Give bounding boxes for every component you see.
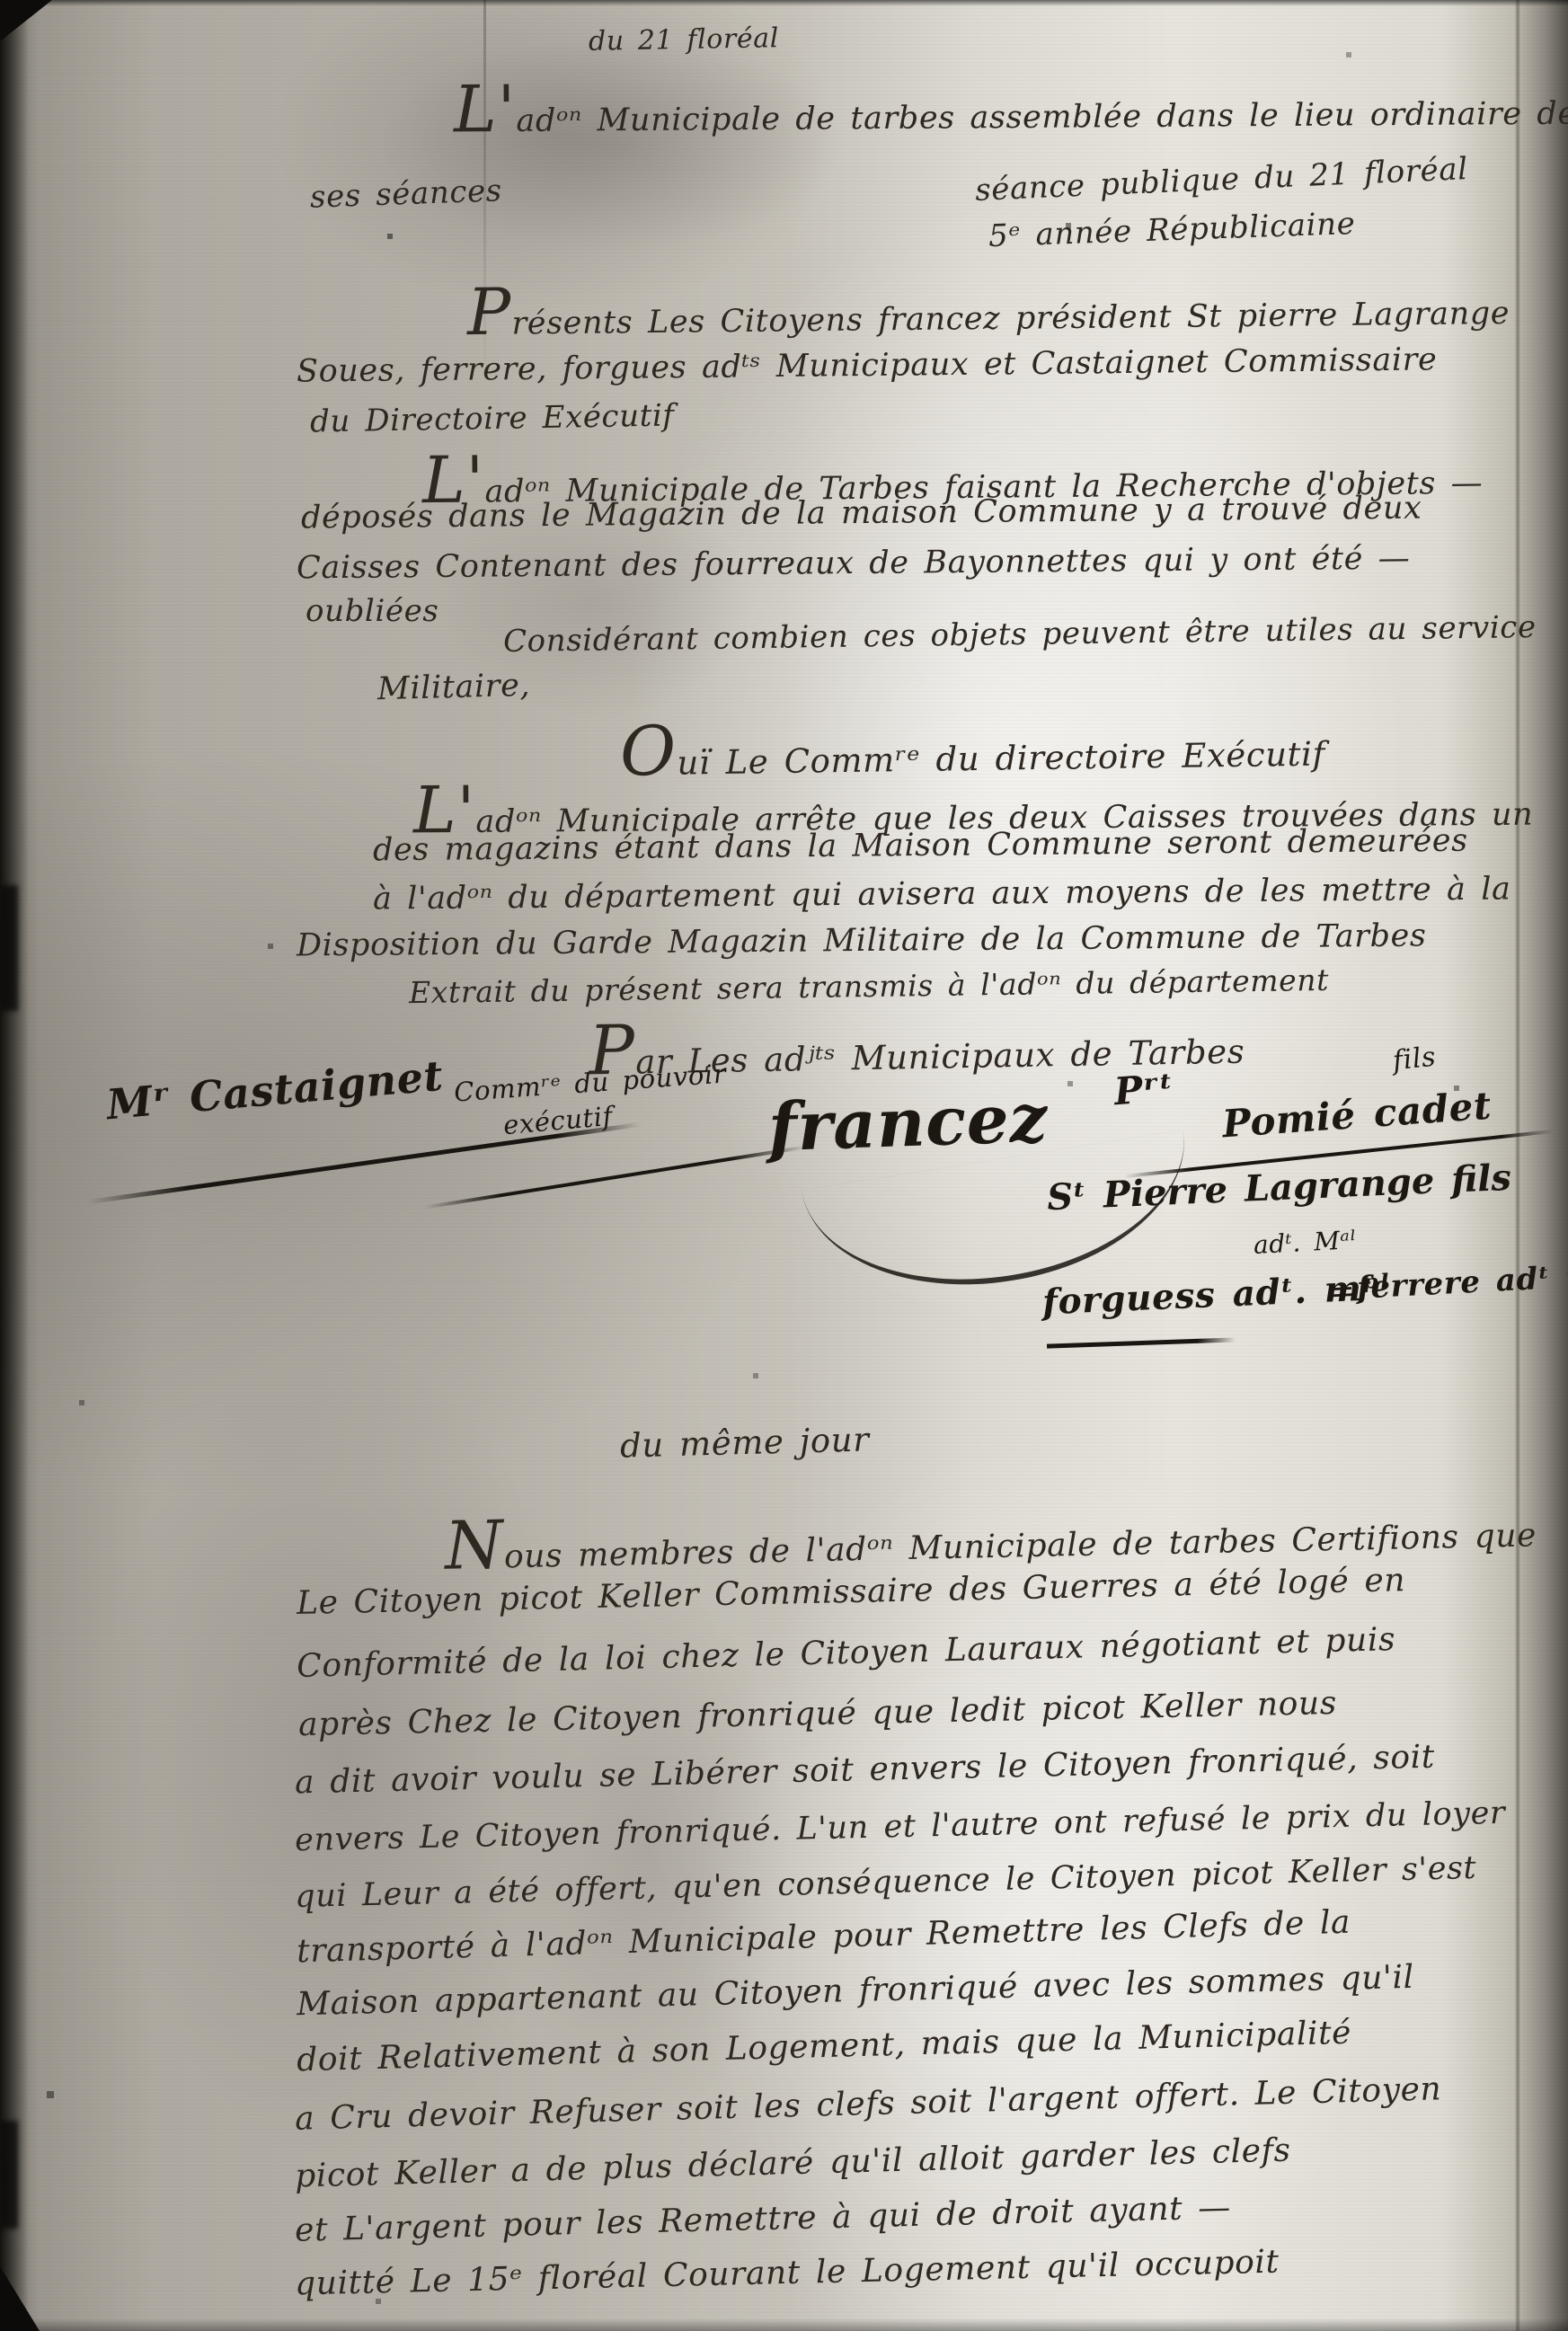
manuscript-line: Maison appartenant au Citoyen fronriqué … [297,1960,1414,2023]
manuscript-line: Caisses Contenant des fourreaux de Bayon… [297,542,1411,586]
manuscript-line: à l'adᵒⁿ du département qui avisera aux … [373,872,1511,917]
signature-pomie: Pomié cadet [1221,1086,1493,1146]
binding-shadow [0,885,18,1011]
manuscript-line: Considérant combien ces objets peuvent ê… [503,611,1537,659]
manuscript-line: transporté à l'adᵒⁿ Municipale pour Reme… [297,1905,1351,1970]
binding-shadow [0,2121,18,2229]
manuscript-line: ses séances [309,174,502,215]
page-edge-shadow-top [0,0,1568,6]
manuscript-line: du Directoire Exécutif [310,399,675,439]
page-date-heading: du 21 floréal [589,23,779,57]
page-edge-shadow-bottom [0,2318,1568,2331]
dark-corner-top-left [0,0,52,41]
page-edge-shadow-left [0,0,29,2331]
fold-crease-right [1515,0,1520,2331]
signature-ferrere: ferrere adᵗ mᵖˡ [1356,1258,1568,1306]
manuscript-line: Soues, ferrere, forgues adᵗˢ Municipaux … [297,342,1438,389]
signature-pomie-suffix: fils [1391,1042,1437,1077]
signature-francez: francez [767,1083,1050,1165]
manuscript-line: Disposition du Garde Magazin Militaire d… [297,919,1427,963]
signature-francez-title: Pʳᵗ [1112,1068,1174,1113]
manuscript-line: après Chez le Citoyen fronriqué que ledi… [298,1686,1337,1743]
manuscript-line: oubliées [306,595,439,628]
paper-specks [0,0,2,2]
manuscript-line: Conformité de la loi chez le Citoyen Lau… [297,1622,1396,1684]
signature-flourish [424,1145,806,1209]
session-note-line: 5ᵉ année Républicaine [988,208,1355,254]
same-day-heading: du même jour [620,1422,870,1465]
manuscript-line: des magazins étant dans la Maison Commun… [373,824,1468,868]
manuscript-line: et L'argent pour les Remettre à qui de d… [295,2190,1232,2248]
manuscript-line: a dit avoir voulu se Libérer soit envers… [295,1740,1436,1801]
manuscript-line: picot Keller a de plus déclaré qu'il all… [295,2132,1291,2194]
manuscript-line: doit Relativement à son Logement, mais q… [297,2016,1352,2078]
signature-castaignet-role: exécutif [502,1103,614,1140]
manuscript-line: quitté Le 15ᵉ floréal Courant le Logemen… [295,2245,1280,2302]
dark-corner-bottom-left [0,2266,40,2331]
manuscript-line: déposés dans le Magazin de la maison Com… [301,492,1422,536]
signature-lagrange: Sᵗ Pierre Lagrange fils [1046,1158,1512,1219]
signature-castaignet-role: Commʳᵉ du pouvoir [453,1059,727,1107]
manuscript-line: envers Le Citoyen fronriqué. L'un et l'a… [295,1796,1506,1858]
manuscript-line: a Cru devoir Refuser soit les clefs soit… [295,2071,1442,2137]
session-note-line: séance publique du 21 floréal [974,153,1468,208]
manuscript-page: du 21 floréal L'adᵒⁿ Municipale de tarbe… [0,0,1568,2331]
manuscript-line: L'adᵒⁿ Municipale de tarbes assemblée da… [454,66,1568,146]
signature-castaignet: Mʳ Castaignet [105,1053,446,1128]
signature-flourish [1047,1337,1236,1348]
manuscript-line: Militaire, [377,669,531,707]
signature-separator: = [1327,1273,1357,1310]
signature-lagrange-title: adᵗ. Mᵃˡ [1253,1227,1358,1260]
paper-stain [108,1348,575,2157]
manuscript-line: Présents Les Citoyens francez président … [467,266,1510,348]
